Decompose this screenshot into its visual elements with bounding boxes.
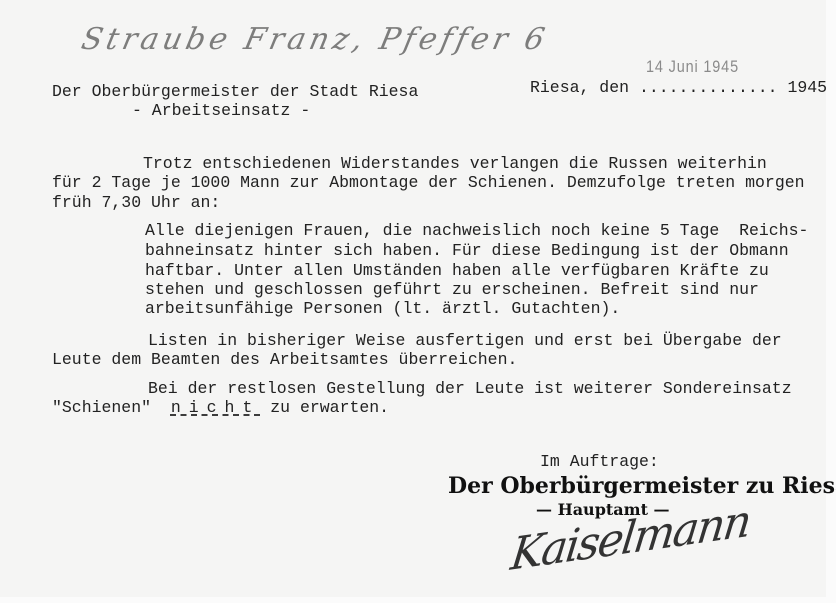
date-stamp: 14 Juni 1945 (646, 57, 739, 77)
body-paragraph-1-line-3: früh 7,30 Uhr an: (52, 193, 220, 212)
indented-line-2: bahneinsatz hinter sich haben. Für diese… (145, 241, 789, 260)
indented-line-4: stehen und geschlossen geführt zu ersche… (145, 280, 759, 299)
indented-line-5: arbeitsunfähige Personen (lt. ärztl. Gut… (145, 299, 620, 318)
on-behalf-label: Im Auftrage: (540, 452, 659, 471)
nicht-emphasis: nicht (171, 398, 261, 417)
office-stamp-title: Der Oberbürgermeister zu Riesa (448, 473, 836, 499)
indented-line-3: haftbar. Unter allen Umständen haben all… (145, 261, 769, 280)
schienen-word: "Schienen" (52, 398, 151, 417)
body-paragraph-3-line-1: Bei der restlosen Gestellung der Leute i… (148, 379, 792, 398)
dateline-dots: .............. (639, 78, 778, 97)
letterhead-sender: Der Oberbürgermeister der Stadt Riesa (52, 82, 418, 101)
body-paragraph-1-line-1: Trotz entschiedenen Widerstandes verlang… (143, 154, 767, 173)
handwritten-note: Straube Franz, Pfeffer 6 (78, 22, 551, 57)
letterhead-department: - Arbeitseinsatz - (132, 101, 310, 120)
indented-line-1: Alle diejenigen Frauen, die nachweislich… (145, 221, 808, 240)
dateline-place: Riesa, den (530, 78, 629, 97)
body-paragraph-2-line-1: Listen in bisheriger Weise ausfertigen u… (148, 331, 782, 350)
body-paragraph-2-line-2: Leute dem Beamten des Arbeitsamtes überr… (52, 350, 517, 369)
p3-suffix: zu erwarten. (270, 398, 389, 417)
dateline-year: 1945 (787, 78, 827, 97)
body-paragraph-3-line-2: "Schienen" nicht zu erwarten. (52, 398, 389, 417)
body-paragraph-1-line-2: für 2 Tage je 1000 Mann zur Abmontage de… (52, 173, 805, 192)
dateline: Riesa, den .............. 1945 (530, 78, 827, 97)
